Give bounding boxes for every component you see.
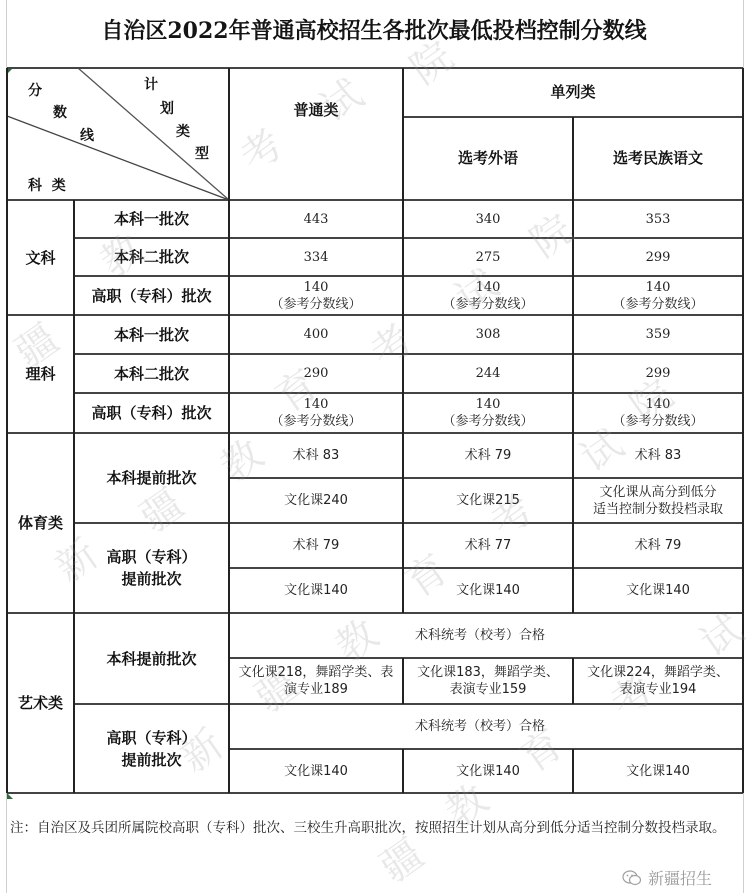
score-value: 140 — [476, 396, 501, 413]
diag-label-kelei: 科 类 — [28, 175, 66, 195]
batch-label: 本科提前批次 — [74, 613, 229, 704]
grid-line — [7, 792, 743, 794]
wechat-icon — [622, 869, 642, 887]
batch-label: 本科二批次 — [74, 354, 229, 393]
score-general: 400 — [229, 315, 403, 354]
culture-line1: 文化课183，舞蹈学类、 — [417, 664, 559, 681]
culture-score-ethnic: 文化课224，舞蹈学类、 表演专业194 — [573, 658, 743, 704]
culture-line1: 文化课218，舞蹈学类、表 — [239, 664, 394, 681]
skill-score-foreign: 术科 77 — [403, 523, 573, 568]
score-ethnic: 140 （参考分数线） — [573, 393, 743, 433]
grid-line — [6, 68, 8, 793]
col-header-single-group: 单列类 — [403, 68, 743, 117]
batch-label: 本科一批次 — [74, 315, 229, 354]
grid-line — [7, 199, 743, 201]
culture-score-ethnic: 文化课从高分到低分 适当控制分数投档录取 — [573, 478, 743, 523]
grid-line — [572, 117, 574, 613]
culture-score-general: 文化课218，舞蹈学类、表 演专业189 — [229, 658, 403, 704]
score-ethnic: 353 — [573, 200, 743, 238]
diag-char-lei: 类 — [176, 121, 190, 141]
skill-requirement-all: 术科统考（校考）合格 — [229, 613, 743, 658]
col-header-ethnic: 选考民族语文 — [573, 117, 743, 200]
grid-line — [228, 68, 230, 793]
grid-line — [402, 658, 404, 704]
score-foreign: 140 （参考分数线） — [403, 276, 573, 315]
score-ethnic: 140 （参考分数线） — [573, 276, 743, 315]
culture-line2: 表演专业194 — [620, 681, 697, 698]
brand-label: 新疆招生 — [648, 866, 712, 889]
culture-score-foreign: 文化课140 — [403, 568, 573, 613]
grid-line — [229, 477, 743, 479]
culture-note-line1: 文化课从高分到低分 — [599, 484, 716, 501]
score-ethnic: 359 — [573, 315, 743, 354]
diag-char-shu: 数 — [53, 102, 67, 122]
culture-score-general: 文化课140 — [229, 568, 403, 613]
culture-score-foreign: 文化课183，舞蹈学类、 表演专业159 — [403, 658, 573, 704]
diag-char-xian: 线 — [80, 125, 94, 145]
score-value: 140 — [646, 396, 671, 413]
diag-char-fen: 分 — [28, 80, 42, 100]
score-general: 140 （参考分数线） — [229, 276, 403, 315]
skill-score-general: 术科 83 — [229, 433, 403, 478]
col-header-foreign: 选考外语 — [403, 117, 573, 200]
grid-line — [74, 392, 743, 394]
culture-line2: 表演专业159 — [450, 681, 527, 698]
corner-marker — [7, 793, 13, 799]
section-label-wenke: 文科 — [7, 200, 74, 315]
grid-line — [7, 612, 743, 614]
skill-score-general: 术科 79 — [229, 523, 403, 568]
col-header-general-label: 普通类 — [293, 102, 338, 119]
culture-note-line2: 适当控制分数投档录取 — [593, 501, 723, 518]
diag-char-hua: 划 — [160, 98, 174, 118]
score-table: 分 数 线 计 划 类 型 科 类 普通类 单列类 选考外语 选考民族语文 文科… — [0, 0, 748, 893]
score-value: 140 — [304, 279, 329, 296]
culture-score-ethnic: 文化课140 — [573, 568, 743, 613]
diag-char-ji: 计 — [144, 74, 158, 94]
grid-line — [572, 749, 574, 793]
score-general: 334 — [229, 238, 403, 276]
section-label-sports: 体育类 — [7, 433, 74, 613]
grid-line — [572, 658, 574, 704]
score-foreign: 340 — [403, 200, 573, 238]
score-general: 443 — [229, 200, 403, 238]
score-foreign: 275 — [403, 238, 573, 276]
batch-label-line1: 高职（专科） — [106, 546, 196, 568]
diag-char-xing: 型 — [195, 143, 209, 163]
culture-score-foreign: 文化课140 — [403, 749, 573, 793]
score-note: （参考分数线） — [612, 413, 703, 430]
score-note: （参考分数线） — [270, 296, 361, 313]
score-note: （参考分数线） — [442, 413, 533, 430]
grid-line — [7, 314, 743, 316]
grid-line — [74, 275, 743, 277]
batch-label: 高职（专科） 提前批次 — [74, 523, 229, 613]
score-value: 140 — [304, 396, 329, 413]
culture-score-ethnic: 文化课140 — [573, 749, 743, 793]
score-general: 290 — [229, 354, 403, 393]
score-value: 140 — [476, 279, 501, 296]
score-value: 140 — [646, 279, 671, 296]
batch-label-line2: 提前批次 — [121, 749, 181, 771]
grid-line — [74, 237, 743, 239]
grid-line — [742, 68, 744, 793]
batch-label: 高职（专科） 提前批次 — [74, 704, 229, 793]
grid-line — [74, 522, 743, 524]
culture-line1: 文化课224，舞蹈学类、 — [587, 664, 729, 681]
batch-label: 本科提前批次 — [74, 433, 229, 523]
score-general: 140 （参考分数线） — [229, 393, 403, 433]
grid-line — [74, 353, 743, 355]
batch-label: 本科一批次 — [74, 200, 229, 238]
score-ethnic: 299 — [573, 354, 743, 393]
grid-line — [229, 657, 743, 659]
grid-line — [402, 68, 404, 613]
brand-watermark: 新疆招生 — [622, 866, 712, 889]
section-label-like: 理科 — [7, 315, 74, 433]
skill-score-foreign: 术科 79 — [403, 433, 573, 478]
culture-line2: 演专业189 — [284, 681, 348, 698]
culture-score-general: 文化课240 — [229, 478, 403, 523]
grid-line — [7, 432, 743, 434]
batch-label-line2: 提前批次 — [121, 568, 181, 590]
grid-line — [73, 200, 75, 793]
score-note: （参考分数线） — [270, 413, 361, 430]
grid-line — [74, 703, 743, 705]
col-header-general: 普通类 — [229, 68, 403, 200]
skill-score-ethnic: 术科 79 — [573, 523, 743, 568]
score-foreign: 308 — [403, 315, 573, 354]
skill-requirement-all: 术科统考（校考）合格 — [229, 704, 743, 749]
batch-label-line1: 高职（专科） — [106, 727, 196, 749]
culture-score-general: 文化课140 — [229, 749, 403, 793]
batch-label: 高职（专科）批次 — [74, 276, 229, 315]
grid-line — [402, 749, 404, 793]
score-foreign: 244 — [403, 354, 573, 393]
score-ethnic: 299 — [573, 238, 743, 276]
grid-line — [7, 67, 743, 69]
score-note: （参考分数线） — [612, 296, 703, 313]
score-foreign: 140 （参考分数线） — [403, 393, 573, 433]
footnote: 注：自治区及兵团所属院校高职（专科）批次、三校生升高职批次，按照招生计划从高分到… — [10, 818, 745, 838]
batch-label: 本科二批次 — [74, 238, 229, 276]
skill-score-ethnic: 术科 83 — [573, 433, 743, 478]
grid-line — [229, 748, 743, 750]
grid-line — [229, 567, 743, 569]
batch-label: 高职（专科）批次 — [74, 393, 229, 433]
section-label-arts: 艺术类 — [7, 613, 74, 793]
score-note: （参考分数线） — [442, 296, 533, 313]
culture-score-foreign: 文化课215 — [403, 478, 573, 523]
